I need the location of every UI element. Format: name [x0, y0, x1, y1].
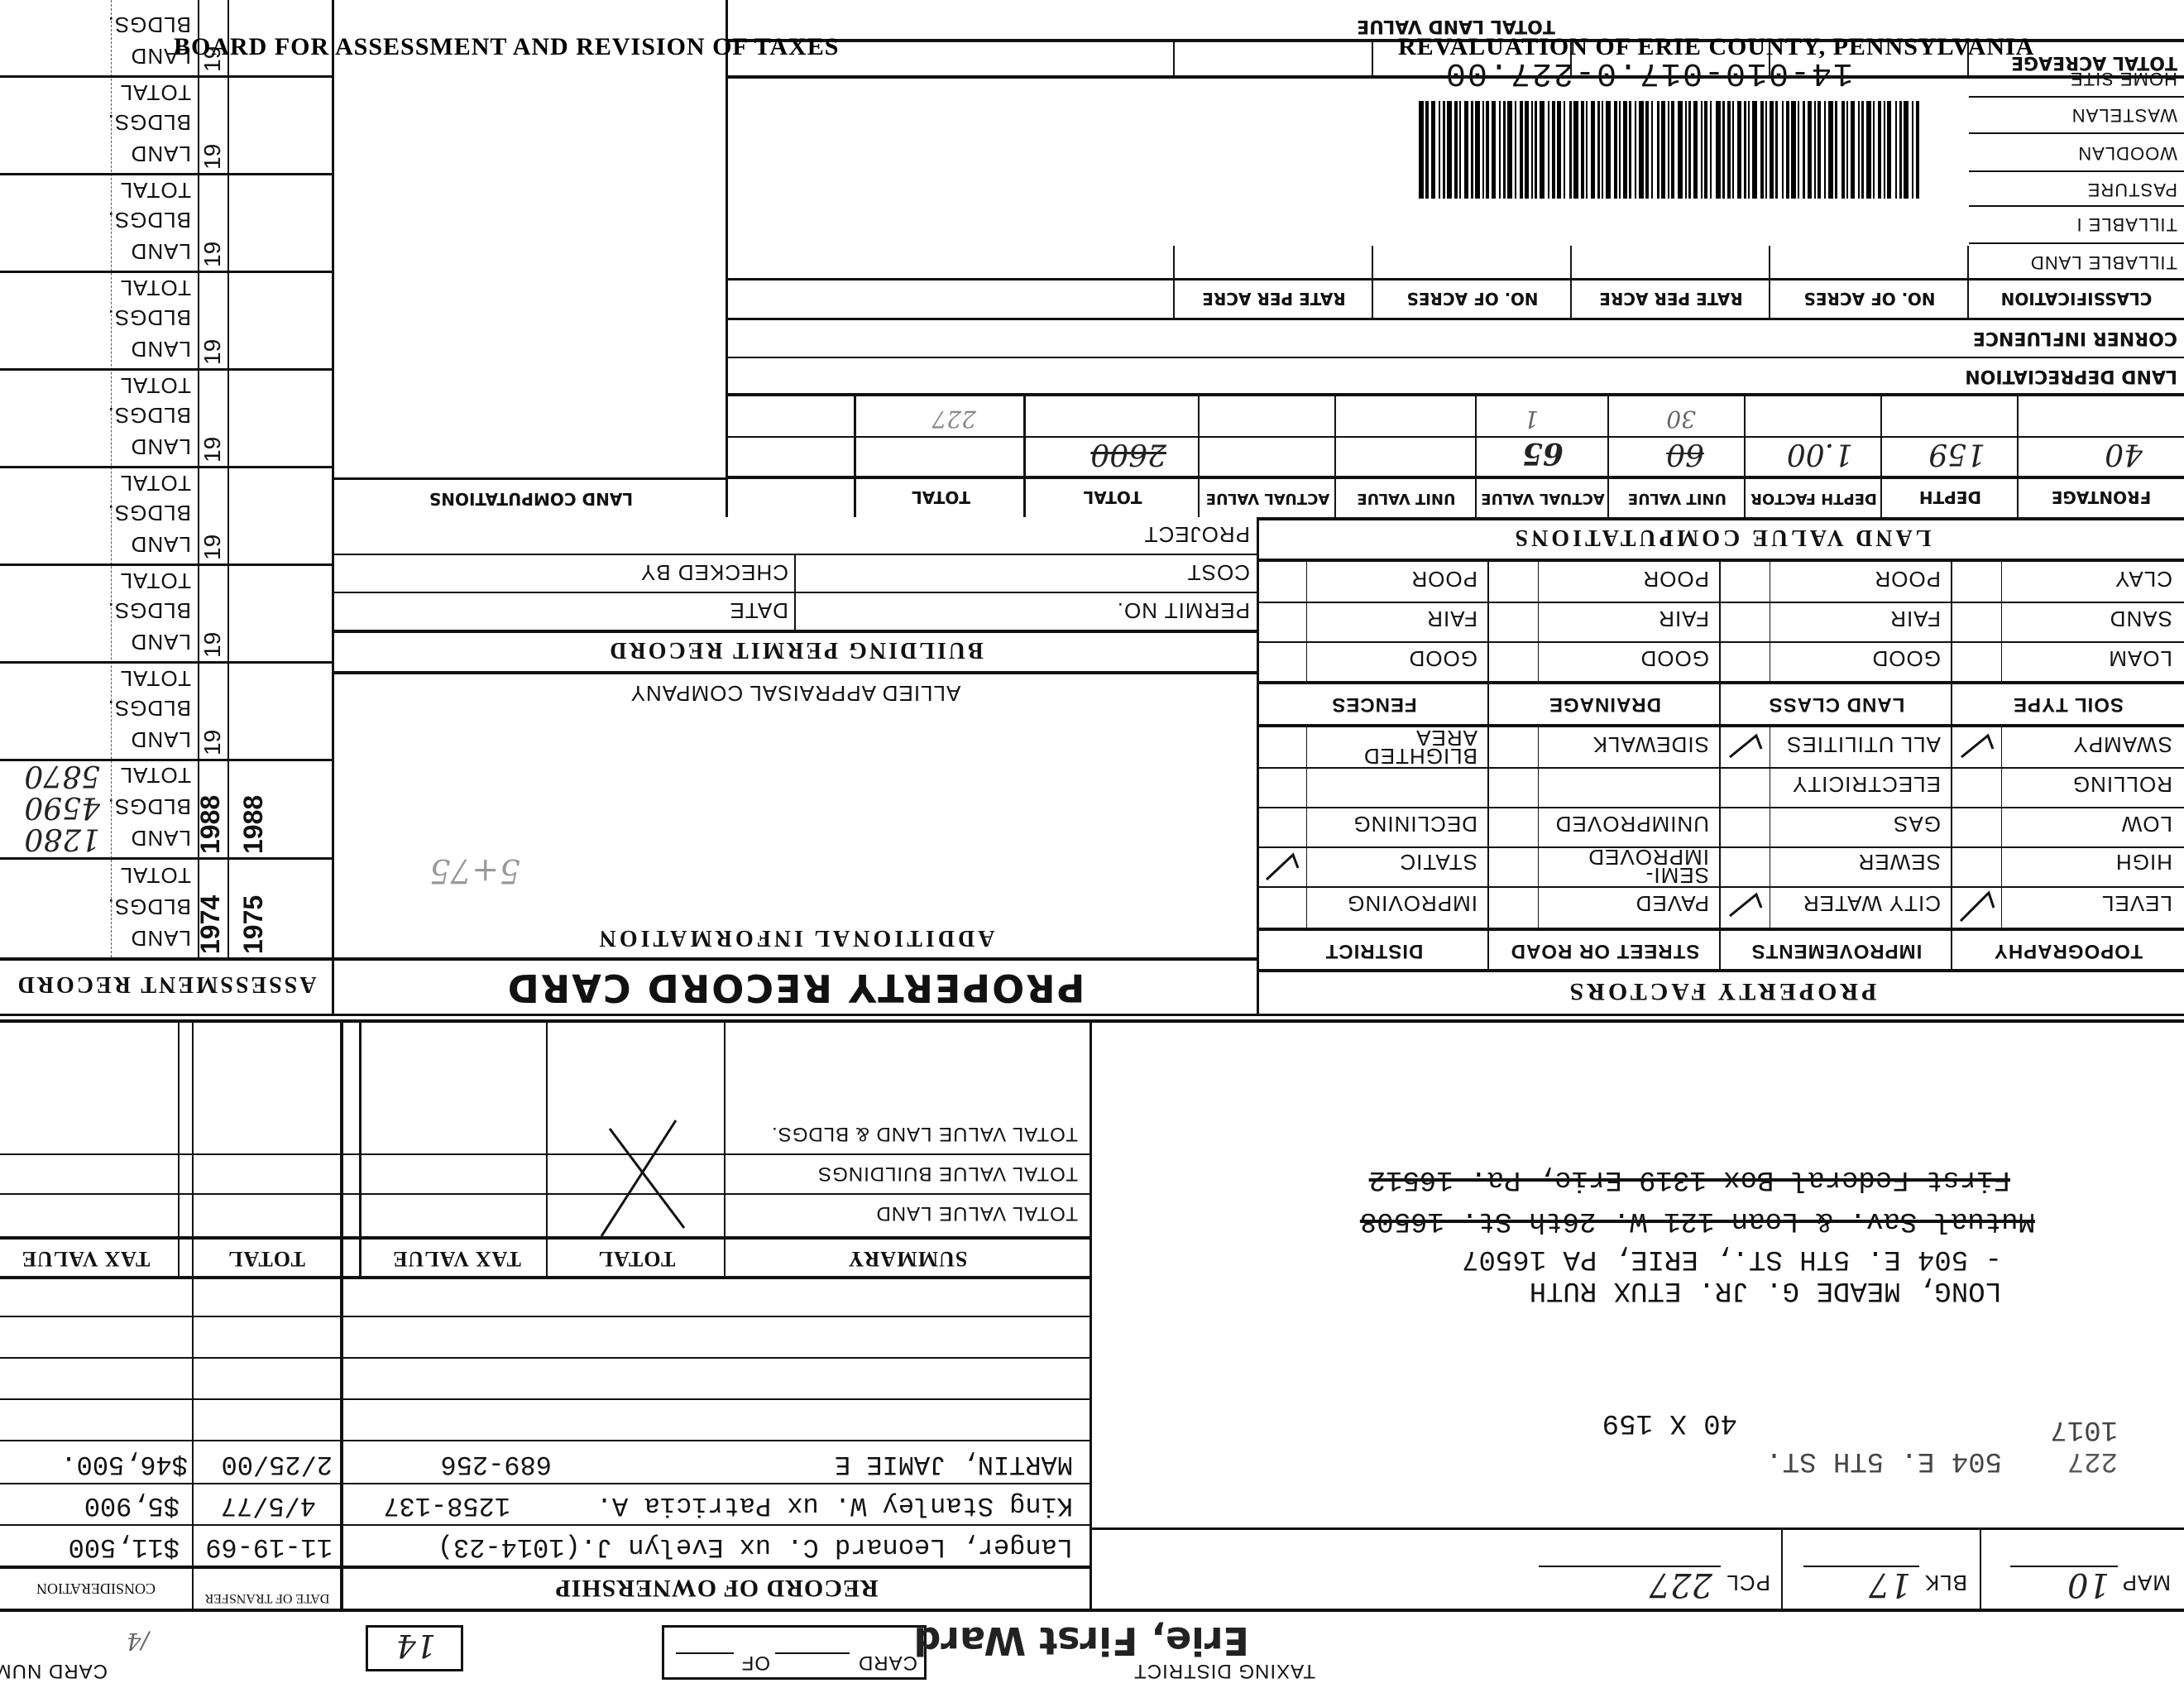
check-city-water-icon	[1954, 890, 2000, 924]
permit-project-label: PROJECT	[1144, 521, 1250, 547]
soil-loam[interactable]: LOAM	[2108, 645, 2172, 671]
land-depreciation-label: LAND DEPRECIATION	[1965, 366, 2177, 386]
of-label: OF	[741, 1651, 770, 1674]
impr-electricity[interactable]: ELECTRICITY	[1792, 771, 1941, 797]
woodland-label: WOODLAN	[2077, 142, 2177, 164]
address-street: 504 E. 5TH ST.	[1765, 1445, 2002, 1476]
appraisal-company: ALLIED APPRAISAL COMPANY	[334, 680, 1257, 706]
struck-mortgagee-1: Mutual Sav. & Loan 121 W. 26th St. 16508	[1360, 1205, 2035, 1236]
permit-date-label: DATE	[730, 597, 788, 623]
land-value-table: FRONTAGE DEPTH DEPTH FACTOR UNIT VALUE A…	[728, 393, 2184, 517]
ownership-row: King Stanley W. ux Patricia A. 1258-137 …	[0, 1484, 1090, 1524]
topo-low[interactable]: LOW	[2121, 811, 2172, 837]
district-blighted-area[interactable]: BLIGHTED AREA	[1312, 729, 1478, 765]
ownership-table: RECORD OF OWNERSHIP DATE OF TRANSFER CON…	[0, 1021, 1090, 1609]
taxing-district-value: Erie, First Ward	[913, 1618, 1249, 1663]
summary-row-land: TOTAL VALUE LAND	[875, 1201, 1078, 1225]
road-semi-improved[interactable]: SEMI-IMPROVED	[1544, 848, 1709, 885]
permit-cost-label: COST	[1187, 559, 1250, 585]
class-poor[interactable]: POOR	[1874, 566, 1941, 592]
class-fair[interactable]: FAIR	[1889, 606, 1941, 631]
tillable-i-label: TILLABLE I	[2076, 213, 2177, 235]
assessment-block: LANDBLDGS.TOTAL19	[0, 566, 332, 661]
col-drainage: DRAINAGE	[1489, 693, 1721, 716]
address-block: 1017 227 504 E. 5TH ST. 40 X 159 LONG, M…	[1092, 1023, 2184, 1527]
owner-address: - 504 E. 5TH ST., ERIE, PA 16507	[1462, 1243, 2002, 1274]
unit-value-note: 30	[1666, 405, 1696, 433]
additional-info-title: ADDITIONAL INFORMATION	[334, 924, 1257, 951]
corner-influence-label: CORNER INFLUENCE	[1973, 328, 2177, 348]
check-all-utilities-icon	[1956, 732, 1998, 764]
footer-right-title: BOARD FOR ASSESSMENT AND REVISION OF TAX…	[174, 33, 839, 61]
assessment-block: LANDBLDGS.TOTAL19	[0, 468, 332, 563]
date-of-transfer-header: DATE OF TRANSFER	[194, 1590, 341, 1605]
property-factors-title: PROPERTY FACTORS	[1259, 977, 2184, 1005]
col-unit-value-1: UNIT VALUE	[1609, 490, 1746, 507]
property-record-card: CARD NUMBER CARD OF TAXING DISTRICT Erie…	[0, 0, 2184, 1688]
col-actual-value-2: ACTUAL VALUE	[1200, 490, 1336, 507]
col-improvements: IMPROVEMENTS	[1721, 939, 1952, 962]
road-paved[interactable]: PAVED	[1636, 890, 1709, 916]
summary-tax-header-2: TAX VALUE	[0, 1246, 171, 1271]
road-sidewalk[interactable]: SIDEWALK	[1592, 731, 1709, 757]
frontage-value[interactable]: 40	[2105, 437, 2143, 471]
footer-left-title: REVALUATION OF ERIE COUNTY, PENNSYLVANIA	[1398, 33, 2034, 61]
assessment-block: LANDBLDGS.TOTAL19	[0, 78, 332, 173]
topo-rolling[interactable]: ROLLING	[2072, 771, 2172, 797]
corner-mark: /4	[127, 1628, 149, 1655]
drainage-fair[interactable]: FAIR	[1658, 606, 1709, 631]
land-classification: LAND DEPRECIATION CORNER INFLUENCE CLASS…	[728, 46, 2184, 393]
no-acres-header-1: NO. OF ACRES	[1770, 289, 1969, 309]
assessment-block: LANDBLDGS.TOTAL19	[0, 175, 332, 271]
depth-value[interactable]: 159	[1928, 437, 1985, 471]
rate-acre-header-2: RATE PER ACRE	[1175, 289, 1373, 309]
summary-row-land-bldgs: TOTAL VALUE LAND & BLDGS.	[771, 1122, 1078, 1145]
col-street-or-road: STREET OR ROAD	[1489, 939, 1721, 962]
card-of-box[interactable]: CARD OF	[662, 1625, 927, 1680]
assessment-title: ASSESSMENT RECORD	[0, 971, 332, 997]
impr-all-utilities[interactable]: ALL UTILITIES	[1786, 731, 1941, 757]
fences-fair[interactable]: FAIR	[1426, 606, 1478, 631]
impr-city-water[interactable]: CITY WATER	[1803, 890, 1941, 916]
rate-acre-header-1: RATE PER ACRE	[1572, 289, 1770, 309]
total-value[interactable]: 2600	[1090, 437, 1166, 471]
col-depth: DEPTH	[1882, 487, 2019, 507]
soil-sand[interactable]: SAND	[2110, 606, 2172, 631]
land-value-title: LAND VALUE COMPUTATIONS	[1259, 524, 2184, 550]
pcl-label: PCL	[1726, 1570, 1770, 1595]
no-acres-header-2: NO. OF ACRES	[1373, 289, 1572, 309]
card-number-label: CARD NUMBER	[0, 1660, 108, 1681]
blk-label: BLK	[1924, 1570, 1967, 1595]
col-soil-type: SOIL TYPE	[1952, 693, 2184, 716]
col-total-1: TOTAL	[1026, 487, 1200, 507]
summary-total-header-2: TOTAL	[180, 1246, 353, 1271]
fences-good[interactable]: GOOD	[1409, 645, 1478, 671]
assessment-total-1988[interactable]: 5870	[24, 759, 100, 793]
permit-no-label: PERMIT NO.	[1117, 597, 1250, 623]
soil-clay[interactable]: CLAY	[2115, 566, 2172, 592]
address-code-2: 227	[2067, 1445, 2118, 1476]
col-frontage: FRONTAGE	[2019, 487, 2184, 507]
fences-poor[interactable]: POOR	[1410, 566, 1478, 592]
district-declining[interactable]: DECLINING	[1353, 811, 1478, 837]
assessment-block: LAND BLDGS. TOTAL 1988 1988 1280 4590 58…	[0, 761, 332, 857]
check-paved-icon	[1725, 891, 1766, 923]
assessment-record: ASSESSMENT RECORD LAND BLDGS. TOTAL 1974…	[0, 0, 332, 1014]
card-blank	[775, 1652, 850, 1654]
struck-mortgagee-2: First Federal Box 1319 Erie, Pa. 16512	[1369, 1163, 2010, 1195]
col-unit-value-2: UNIT VALUE	[1336, 490, 1477, 507]
map-label: MAP	[2122, 1570, 2171, 1595]
topo-swampy[interactable]: SWAMPY	[2072, 731, 2172, 757]
parcel-row: MAP 10 BLK 17 PCL 227	[1092, 1530, 2184, 1609]
strike-x-mark	[552, 1112, 717, 1236]
topo-high[interactable]: HIGH	[2115, 849, 2172, 875]
ownership-row: MARTIN, JAMIE E 689-256 2/25/00 $46,500.	[0, 1443, 1090, 1483]
ownership-title: RECORD OF OWNERSHIP	[343, 1574, 1090, 1602]
col-district: DISTRICT	[1259, 939, 1489, 962]
land-computations-label: LAND COMPUTATIONS	[429, 489, 633, 509]
ward-box-value: 14	[396, 1628, 436, 1664]
assessment-block: LAND BLDGS. TOTAL 1974 1975	[0, 860, 332, 957]
land-computations-box: LAND COMPUTATIONS	[334, 0, 728, 683]
total-acreage-label: TOTAL ACREAGE	[2011, 52, 2177, 73]
class-good[interactable]: GOOD	[1872, 645, 1941, 671]
district-improving[interactable]: IMPROVING	[1347, 890, 1478, 916]
blk-value[interactable]: 17	[1869, 1566, 1911, 1604]
col-fences: FENCES	[1259, 693, 1489, 716]
topo-level[interactable]: LEVEL	[2101, 890, 2172, 916]
drainage-poor[interactable]: POOR	[1642, 566, 1709, 592]
summary-total-header-1: TOTAL	[548, 1246, 726, 1271]
summary-title: SUMMARY	[726, 1246, 1090, 1271]
road-unimproved[interactable]: UNIMPROVED	[1555, 811, 1709, 837]
assessment-block: LANDBLDGS.TOTAL19	[0, 273, 332, 368]
consideration-header: CONSIDERATION	[0, 1580, 192, 1597]
assessment-bldgs-1988[interactable]: 4590	[24, 790, 100, 824]
actual-value-note: 1	[1524, 405, 1539, 433]
col-topography: TOPOGRAPHY	[1952, 939, 2184, 962]
check-sidewalk-icon	[1725, 732, 1766, 764]
col-land-class: LAND CLASS	[1721, 693, 1952, 716]
additional-note: 5+75	[429, 851, 520, 890]
pasture-label: PASTURE	[2087, 179, 2177, 200]
actual-value[interactable]: 65	[1522, 436, 1564, 471]
impr-sewer[interactable]: SEWER	[1858, 849, 1941, 875]
ward-box: 14	[366, 1625, 463, 1671]
assessment-block: LANDBLDGS.TOTAL19	[0, 664, 332, 759]
col-depth-factor: DEPTH FACTOR	[1746, 490, 1882, 507]
lot-dimensions: 40 X 159	[1602, 1407, 1737, 1438]
pcl-value[interactable]: 227	[1650, 1566, 1712, 1604]
card-title: PROPERTY RECORD CARD	[334, 966, 1257, 1010]
classification-header: CLASSIFICATION	[1969, 289, 2184, 309]
card-label: CARD	[858, 1651, 917, 1674]
unit-value[interactable]: 60	[1666, 437, 1704, 471]
tillable-land-label: TILLABLE LAND	[2030, 252, 2177, 273]
owner-name: LONG, MEADE G. JR. ETUX RUTH	[1530, 1274, 2002, 1306]
col-total-2: TOTAL	[856, 487, 1026, 507]
check-static-icon	[1262, 851, 1303, 883]
map-value[interactable]: 10	[2067, 1566, 2110, 1604]
col-actual-value-1: ACTUAL VALUE	[1477, 490, 1609, 507]
drainage-good[interactable]: GOOD	[1640, 645, 1709, 671]
address-code-1: 1017	[2050, 1413, 2118, 1445]
summary-tax-header-1: TAX VALUE	[366, 1246, 548, 1271]
total-note: 227	[932, 405, 976, 433]
district-static[interactable]: STATIC	[1399, 849, 1478, 875]
assessment-block: LANDBLDGS.TOTAL19	[0, 371, 332, 466]
summary-row-buildings: TOTAL VALUE BUILDINGS	[817, 1162, 1078, 1185]
ownership-row: Langer, Leonard C. ux Evelyn J.(1014-23)…	[0, 1526, 1090, 1566]
parcel-barcode	[1266, 101, 1919, 199]
wasteland-label: WASTELAN	[2071, 104, 2177, 126]
assessment-land-1988[interactable]: 1280	[24, 822, 100, 856]
of-blank	[676, 1652, 734, 1654]
depth-factor-value[interactable]: 1.00	[1787, 437, 1853, 471]
impr-gas[interactable]: GAS	[1893, 811, 1941, 837]
